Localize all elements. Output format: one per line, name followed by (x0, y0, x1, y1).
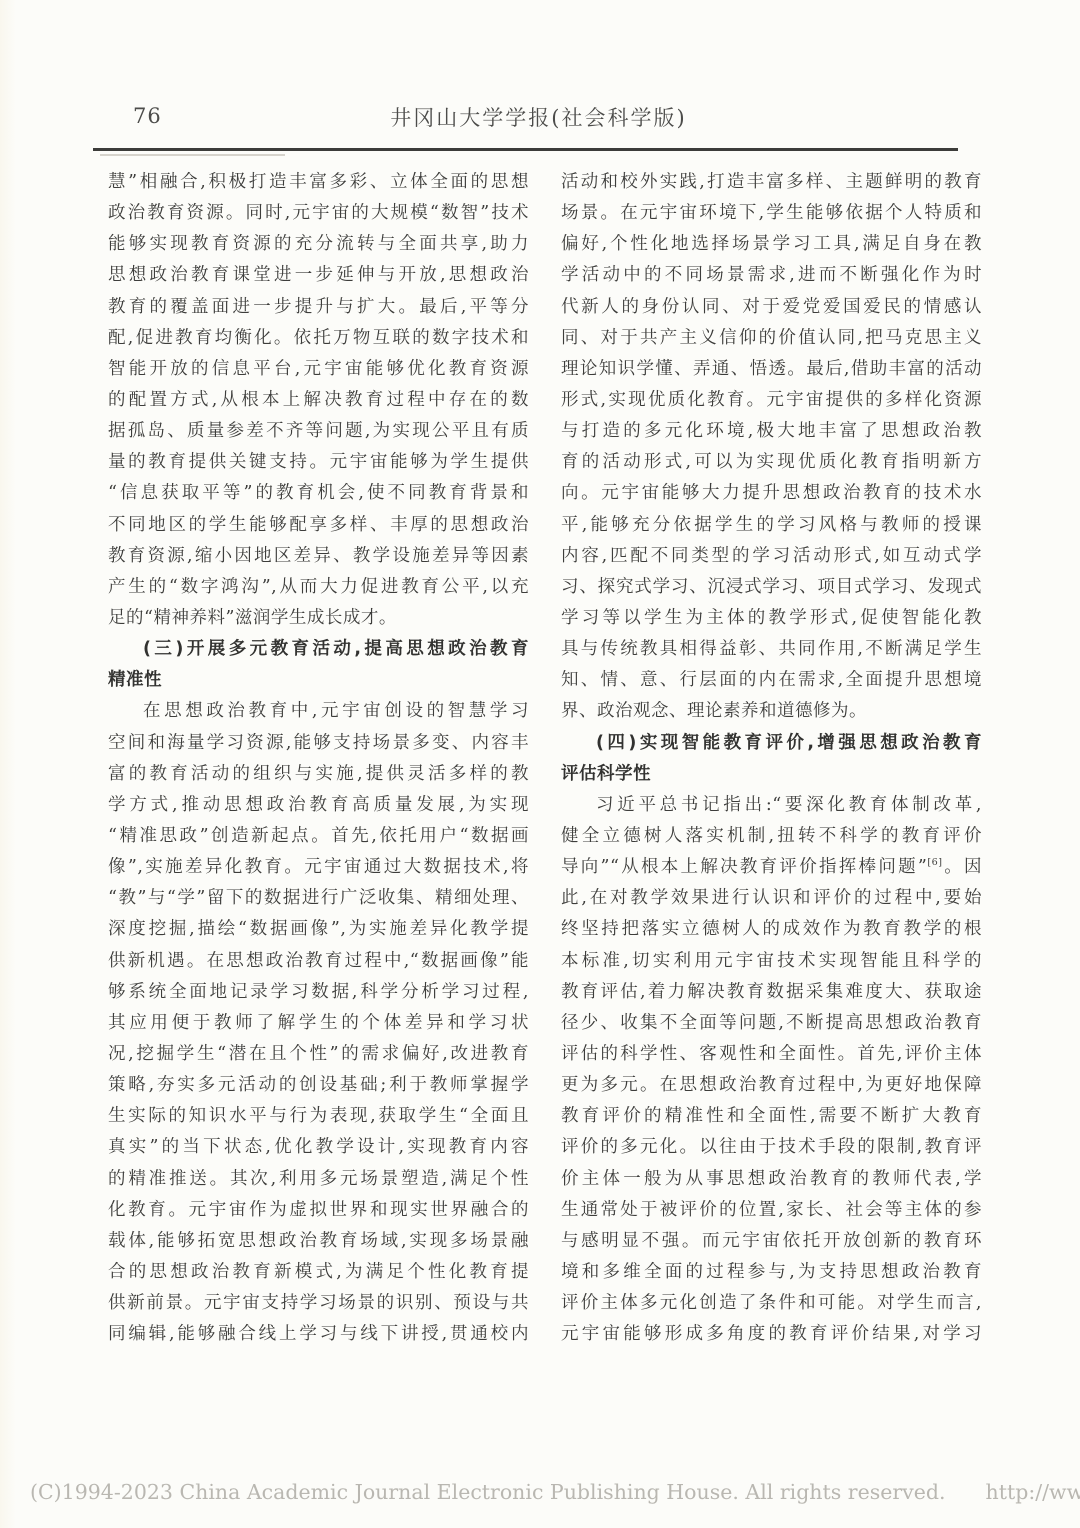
body-text-line: 生通常处于被评价的位置,家长、社会等主体的参 (561, 1195, 982, 1226)
section-heading-line: (四)实现智能教育评价,增强思想政治教育 (561, 728, 982, 759)
body-text-line: 本标准,切实利用元宇宙技术实现智能且科学的 (561, 946, 982, 977)
body-text-line: 与打造的多元化环境,极大地丰富了思想政治教 (561, 416, 982, 447)
article-body: 慧”相融合,积极打造丰富多彩、立体全面的思想政治教育资源。同时,元宇宙的大规模“… (108, 167, 982, 1350)
body-text-line: 元宇宙能够形成多角度的教育评价结果,对学习 (561, 1319, 982, 1350)
body-text-line: 教育的覆盖面进一步提升与扩大。最后,平等分 (108, 292, 529, 323)
body-text-line: 界、政治观念、理论素养和道德修为。 (561, 696, 982, 727)
body-text-line: 在思想政治教育中,元宇宙创设的智慧学习 (108, 696, 529, 727)
body-text-line: 终坚持把落实立德树人的成效作为教育教学的根 (561, 914, 982, 945)
body-text-line: 真实”的当下状态,优化教学设计,实现教育内容 (108, 1132, 529, 1163)
body-text-line: 策略,夯实多元活动的创设基础;利于教师掌握学 (108, 1070, 529, 1101)
body-text-line: 同、对于共产主义信仰的价值认同,把马克思主义 (561, 323, 982, 354)
body-text-line: 据孤岛、质量参差不齐等问题,为实现公平且有质 (108, 416, 529, 447)
body-text-line: 载体,能够拓宽思想政治教育场域,实现多场景融 (108, 1226, 529, 1257)
footer-copyright: (C)1994-2023 China Academic Journal Elec… (30, 1480, 946, 1504)
body-text-line: 价主体一般为从事思想政治教育的教师代表,学 (561, 1164, 982, 1195)
body-text-line: 径少、收集不全面等问题,不断提高思想政治教育 (561, 1008, 982, 1039)
body-text-line: 健全立德树人落实机制,扭转不科学的教育评价 (561, 821, 982, 852)
body-text-line: 教育评估,着力解决教育数据采集难度大、获取途 (561, 977, 982, 1008)
body-text-line: 配,促进教育均衡化。依托万物互联的数字技术和 (108, 323, 529, 354)
body-text-line: 够系统全面地记录学习数据,科学分析学习过程, (108, 977, 529, 1008)
body-text-line: 量的教育提供关键支持。元宇宙能够为学生提供 (108, 447, 529, 478)
page-header: 76 井冈山大学学报(社会科学版) (95, 98, 982, 138)
body-text-line: 思想政治教育课堂进一步延伸与开放,思想政治 (108, 260, 529, 291)
body-text-line: 具与传统教具相得益彰、共同作用,不断满足学生 (561, 634, 982, 665)
body-text-line: 不同地区的学生能够配享多样、丰厚的思想政治 (108, 510, 529, 541)
body-text-line: 境和多维全面的过程参与,为支持思想政治教育 (561, 1257, 982, 1288)
body-text-line: 供新前景。元宇宙支持学习场景的识别、预设与共 (108, 1288, 529, 1319)
body-text-line: “信息获取平等”的教育机会,使不同教育背景和 (108, 478, 529, 509)
body-text-line: 代新人的身份认同、对于爱党爱国爱民的情感认 (561, 292, 982, 323)
body-text-line: “精准思政”创造新起点。首先,依托用户“数据画 (108, 821, 529, 852)
body-text-line: 与感明显不强。而元宇宙依托开放创新的教育环 (561, 1226, 982, 1257)
body-text-line: 习、探究式学习、沉浸式学习、项目式学习、发现式 (561, 572, 982, 603)
body-text-line: 向。元宇宙能够大力提升思想政治教育的技术水 (561, 478, 982, 509)
body-text-line: 评价主体多元化创造了条件和可能。对学生而言, (561, 1288, 982, 1319)
body-text-line: 内容,匹配不同类型的学习活动形式,如互动式学 (561, 541, 982, 572)
body-text-line: 能够实现教育资源的充分流转与全面共享,助力 (108, 229, 529, 260)
body-text-line: 更为多元。在思想政治教育过程中,为更好地保障 (561, 1070, 982, 1101)
body-text-line: 的精准推送。其次,利用多元场景塑造,满足个性 (108, 1164, 529, 1195)
body-text-line: 此,在对教学效果进行认识和评价的过程中,要始 (561, 883, 982, 914)
journal-title: 井冈山大学学报(社会科学版) (390, 102, 686, 132)
body-text-line: 理论知识学懂、弄通、悟透。最后,借助丰富的活动 (561, 354, 982, 385)
page-footer: (C)1994-2023 China Academic Journal Elec… (30, 1480, 1060, 1504)
body-text-line: 评估的科学性、客观性和全面性。首先,评价主体 (561, 1039, 982, 1070)
body-text-line: 生实际的知识水平与行为表现,获取学生“全面且 (108, 1101, 529, 1132)
body-text-line: 教育评价的精准性和全面性,需要不断扩大教育 (561, 1101, 982, 1132)
body-text-line: 化教育。元宇宙作为虚拟世界和现实世界融合的 (108, 1195, 529, 1226)
page-number: 76 (133, 104, 162, 128)
body-text-line: 平,能够充分依据学生的学习风格与教师的授课 (561, 510, 982, 541)
body-text-line: 形式,实现优质化教育。元宇宙提供的多样化资源 (561, 385, 982, 416)
body-text-line: 况,挖掘学生“潜在且个性”的需求偏好,改进教育 (108, 1039, 529, 1070)
section-heading-line: 精准性 (108, 665, 529, 696)
body-text-line: 学活动中的不同场景需求,进而不断强化作为时 (561, 260, 982, 291)
body-text-line: “教”与“学”留下的数据进行广泛收集、精细处理、 (108, 883, 529, 914)
body-text-line: 场景。在元宇宙环境下,学生能够依据个人特质和 (561, 198, 982, 229)
body-text-line: 智能开放的信息平台,元宇宙能够优化教育资源 (108, 354, 529, 385)
body-text-line: 其应用便于教师了解学生的个体差异和学习状 (108, 1008, 529, 1039)
right-column: 活动和校外实践,打造丰富多样、主题鲜明的教育场景。在元宇宙环境下,学生能够依据个… (561, 167, 982, 1350)
body-text-line: 合的思想政治教育新模式,为满足个性化教育提 (108, 1257, 529, 1288)
body-text-line: 同编辑,能够融合线上学习与线下讲授,贯通校内 (108, 1319, 529, 1350)
footer-url: http://www.cnki.net (986, 1480, 1080, 1504)
body-text-line: 偏好,个性化地选择场景学习工具,满足自身在教 (561, 229, 982, 260)
body-text-line: 富的教育活动的组织与实施,提供灵活多样的教 (108, 759, 529, 790)
body-text-line: 教育资源,缩小因地区差异、教学设施差异等因素 (108, 541, 529, 572)
left-column: 慧”相融合,积极打造丰富多彩、立体全面的思想政治教育资源。同时,元宇宙的大规模“… (108, 167, 529, 1350)
citation-marker: [6] (927, 857, 942, 868)
body-text-line: 深度挖掘,描绘“数据画像”,为实施差异化教学提 (108, 914, 529, 945)
body-text-line: 育的活动形式,可以为实现优质化教育指明新方 (561, 447, 982, 478)
body-text-line: 慧”相融合,积极打造丰富多彩、立体全面的思想 (108, 167, 529, 198)
body-text-line: 习近平总书记指出:“要深化教育体制改革, (561, 790, 982, 821)
scanned-paper-page: 76 井冈山大学学报(社会科学版) 慧”相融合,积极打造丰富多彩、立体全面的思想… (0, 0, 1080, 1528)
body-text-line: 导向”“从根本上解决教育评价指挥棒问题”[6]。因 (561, 852, 982, 883)
body-text-line: 知、情、意、行层面的内在需求,全面提升思想境 (561, 665, 982, 696)
section-heading-line: (三)开展多元教育活动,提高思想政治教育 (108, 634, 529, 665)
body-text-line: 评价的多元化。以往由于技术手段的限制,教育评 (561, 1132, 982, 1163)
section-heading-line: 评估科学性 (561, 759, 982, 790)
body-text-line: 像”,实施差异化教育。元宇宙通过大数据技术,将 (108, 852, 529, 883)
header-rule (93, 148, 958, 151)
body-text-line: 空间和海量学习资源,能够支持场景多变、内容丰 (108, 728, 529, 759)
body-text-line: 供新机遇。在思想政治教育过程中,“数据画像”能 (108, 946, 529, 977)
body-text-line: 学方式,推动思想政治教育高质量发展,为实现 (108, 790, 529, 821)
body-text-line: 的配置方式,从根本上解决教育过程中存在的数 (108, 385, 529, 416)
header-rule-scan-artifact (100, 154, 285, 156)
body-text-line: 足的“精神养料”滋润学生成长成才。 (108, 603, 529, 634)
body-text-line: 产生的“数字鸿沟”,从而大力促进教育公平,以充 (108, 572, 529, 603)
body-text-line: 活动和校外实践,打造丰富多样、主题鲜明的教育 (561, 167, 982, 198)
body-text-line: 政治教育资源。同时,元宇宙的大规模“数智”技术 (108, 198, 529, 229)
body-text-line: 学习等以学生为主体的教学形式,促使智能化教 (561, 603, 982, 634)
